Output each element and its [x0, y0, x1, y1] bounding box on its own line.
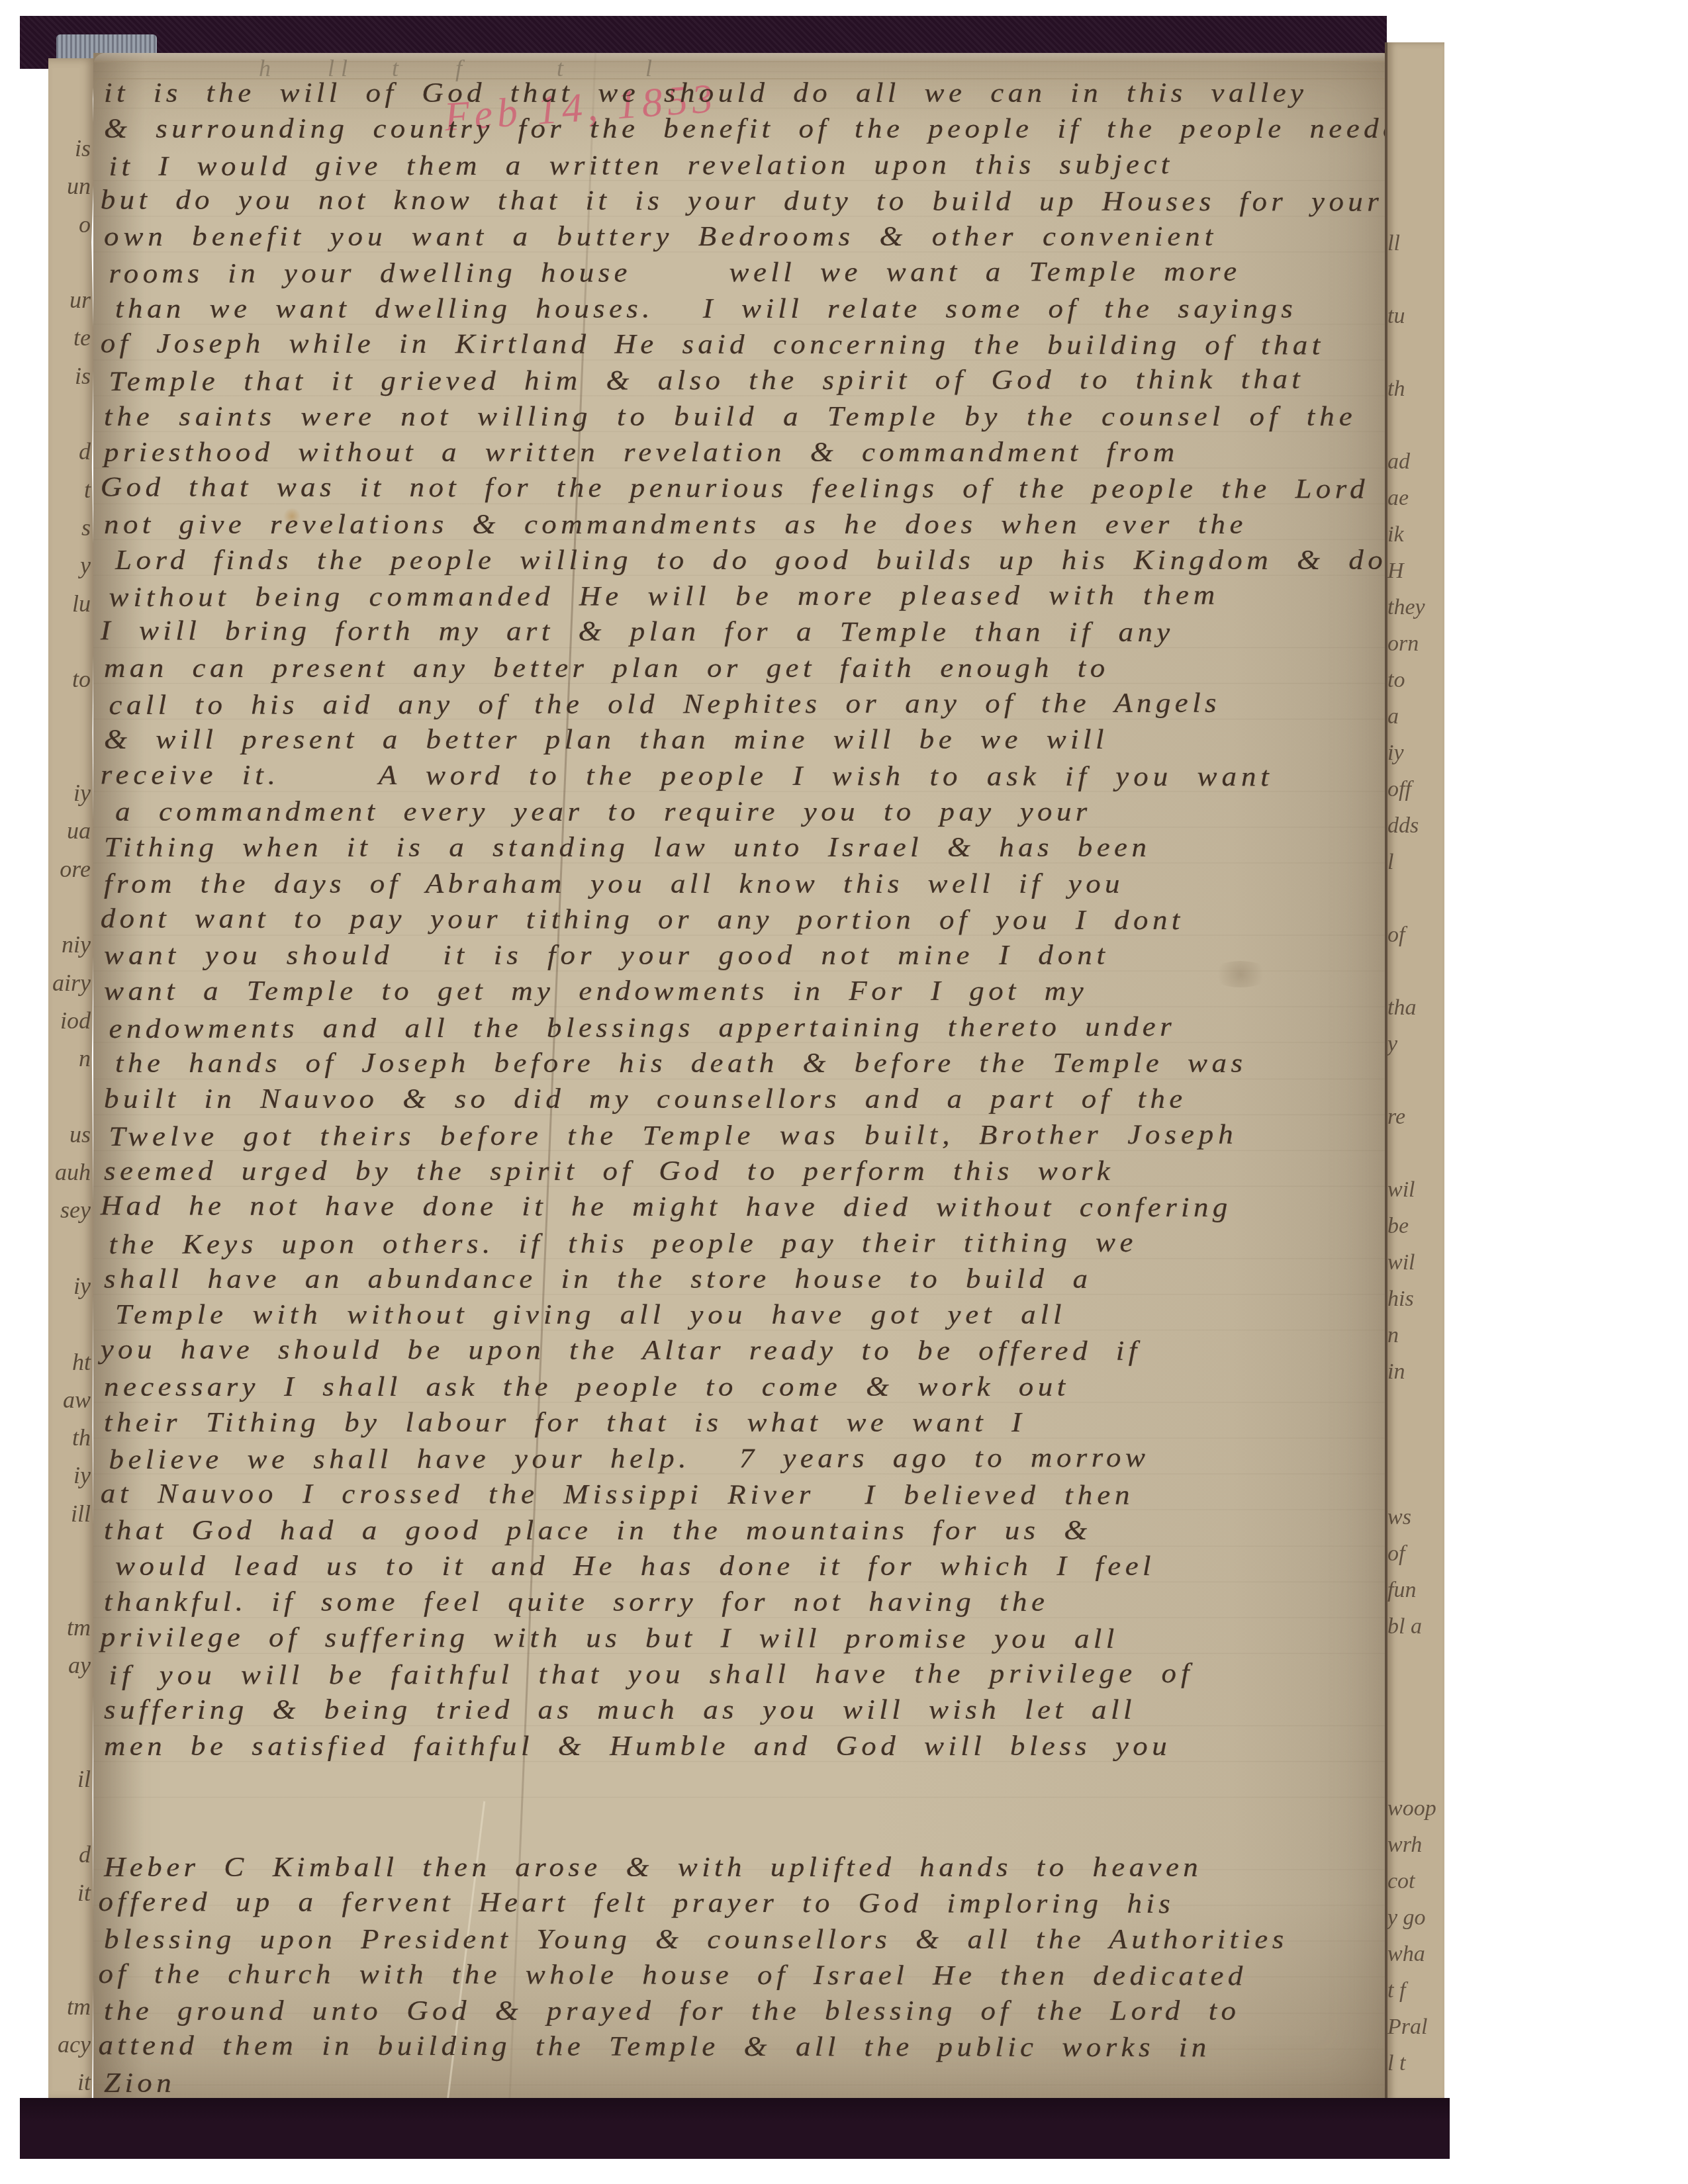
manuscript-line: Heber C Kimball then arose & with uplift… — [104, 1850, 1386, 1886]
facing-page-edge-left: isunourteisdtsylutoiyuaoreniyairyiodnusa… — [48, 58, 95, 2101]
edge-fragment — [1393, 1390, 1444, 1426]
manuscript-line: a commandment every year to require you … — [115, 794, 1386, 830]
edge-fragment: th — [48, 1419, 91, 1457]
edge-fragment: n — [1393, 1317, 1444, 1353]
book-scan-photo: isunourteisdtsylutoiyuaoreniyairyiodnusa… — [20, 16, 1444, 2160]
next-page-edge-right: lltuthadaeikHtheyorntoaiyoffddslofthayre… — [1385, 42, 1444, 2102]
edge-fragment: il — [48, 1760, 91, 1798]
edge-fragment: iy — [48, 1457, 91, 1494]
edge-fragment: un — [48, 167, 91, 205]
edge-fragment: wha — [1393, 1936, 1444, 1972]
manuscript-line: would lead us to it and He has done it f… — [115, 1549, 1386, 1584]
edge-fragment: re — [1393, 1099, 1444, 1135]
edge-fragment: tm — [48, 1609, 91, 1647]
edge-fragment: ws — [1393, 1499, 1444, 1535]
manuscript-line: man can present any better plan or get f… — [104, 651, 1386, 686]
edge-fragment: l t — [1393, 2045, 1444, 2081]
edge-fragment: ore — [48, 850, 91, 888]
manuscript-line: Temple with without giving all you have … — [115, 1297, 1386, 1333]
edge-fragment — [1393, 953, 1444, 989]
manuscript-line: Tithing when it is a standing law unto I… — [104, 830, 1386, 866]
edge-fragment — [48, 1798, 91, 1836]
manuscript-line: God that was it not for the penurious fe… — [101, 470, 1386, 508]
manuscript-line: believe we shall have your help. 7 years… — [109, 1439, 1386, 1478]
edge-fragment: o — [48, 206, 91, 244]
edge-fragment: sey — [48, 1191, 91, 1229]
edge-fragment: to — [1393, 662, 1444, 698]
edge-fragment — [48, 737, 91, 774]
edge-fragment: ht — [48, 1343, 91, 1381]
manuscript-line: not give revelations & commandments as h… — [104, 507, 1386, 543]
edge-fragment: wil — [1393, 1171, 1444, 1208]
edge-fragment: wrh — [1393, 1827, 1444, 1863]
manuscript-page: h ll t f t l Feb 14, 1853 it is the will… — [93, 53, 1386, 2102]
edge-fragment: fun — [1393, 1572, 1444, 1608]
manuscript-line: their Tithing by labour for that is what… — [104, 1405, 1386, 1441]
edge-fragment: iy — [48, 1267, 91, 1305]
edge-fragment: th — [1393, 371, 1444, 407]
edge-fragment: tha — [1393, 989, 1444, 1026]
edge-fragment: is — [48, 130, 91, 167]
edge-fragment — [48, 888, 91, 926]
edge-fragment — [1393, 880, 1444, 917]
manuscript-line: Had he not have done it he might have di… — [101, 1189, 1386, 1227]
manuscript-line: suffering & being tried as much as you w… — [104, 1692, 1386, 1728]
manuscript-line: rooms in your dwelling house well we wan… — [109, 253, 1386, 292]
edge-fragment — [1393, 407, 1444, 443]
manuscript-line: shall have an abundance in the store hou… — [104, 1261, 1386, 1297]
edge-fragment: aw — [48, 1381, 91, 1419]
manuscript-line: Lord finds the people willing to do good… — [115, 543, 1386, 578]
edge-fragment: ll — [1393, 225, 1444, 261]
edge-fragment — [48, 1305, 91, 1343]
manuscript-line: & surrounding country for the benefit of… — [104, 111, 1386, 147]
manuscript-line: but do you not know that it is your duty… — [101, 182, 1386, 220]
edge-fragment: ua — [48, 812, 91, 850]
edge-fragment — [1393, 1645, 1444, 1681]
edge-fragment: n — [48, 1040, 91, 1077]
manuscript-line: the saints were not willing to build a T… — [104, 399, 1386, 435]
manuscript-line: want a Temple to get my endowments in Fo… — [104, 974, 1386, 1009]
edge-fragment: Pral — [1393, 2009, 1444, 2045]
edge-fragment: acy — [48, 2026, 91, 2064]
manuscript-line: offered up a fervent Heart felt prayer t… — [98, 1884, 1386, 1923]
handwritten-closing-paragraph: Heber C Kimball then arose & with uplift… — [104, 1850, 1386, 2101]
edge-fragment: y — [48, 547, 91, 584]
edge-fragment: ad — [1393, 443, 1444, 480]
manuscript-line: thankful. if some feel quite sorry for n… — [104, 1584, 1386, 1620]
edge-fragment — [48, 1077, 91, 1115]
manuscript-line: necessary I shall ask the people to come… — [104, 1369, 1386, 1405]
edge-fragment: y — [1393, 1026, 1444, 1062]
manuscript-line: dont want to pay your tithing or any por… — [101, 901, 1386, 939]
edge-fragment: us — [48, 1116, 91, 1154]
edge-fragment — [1393, 1135, 1444, 1171]
edge-fragment — [1393, 1426, 1444, 1463]
right-edge-text-fragments: lltuthadaeikHtheyorntoaiyoffddslofthayre… — [1387, 42, 1444, 2081]
edge-fragment: dds — [1393, 807, 1444, 844]
edge-fragment — [48, 395, 91, 433]
edge-fragment — [1393, 1062, 1444, 1099]
left-edge-text-fragments: isunourteisdtsylutoiyuaoreniyairyiodnusa… — [48, 58, 95, 2101]
edge-fragment — [1393, 1717, 1444, 1754]
edge-fragment: d — [48, 433, 91, 471]
manuscript-line: that God had a good place in the mountai… — [104, 1513, 1386, 1549]
manuscript-line: endowments and all the blessings apperta… — [109, 1009, 1386, 1047]
manuscript-line: the ground unto God & prayed for the ble… — [104, 1993, 1386, 2029]
edge-fragment — [48, 1722, 91, 1760]
edge-fragment: ur — [48, 281, 91, 319]
edge-fragment: of — [1393, 1535, 1444, 1572]
edge-fragment — [1393, 152, 1444, 189]
book-binding-bottom — [20, 2098, 1450, 2159]
edge-fragment: ill — [48, 1495, 91, 1533]
handwritten-body-text: it is the will of God that we should do … — [104, 75, 1386, 1764]
manuscript-line: at Nauvoo I crossed the Missippi River I… — [101, 1476, 1386, 1514]
edge-fragment: t — [48, 471, 91, 509]
edge-fragment: auh — [48, 1154, 91, 1191]
edge-fragment — [48, 1230, 91, 1267]
edge-fragment: off — [1393, 771, 1444, 807]
edge-fragment: wil — [1393, 1244, 1444, 1281]
manuscript-line: of the church with the whole house of Is… — [98, 1956, 1386, 1995]
edge-fragment: tm — [48, 1988, 91, 2026]
manuscript-line: want you should it is for your good not … — [104, 938, 1386, 974]
edge-fragment: airy — [48, 964, 91, 1002]
edge-fragment — [1393, 116, 1444, 152]
scanned-document-page: isunourteisdtsylutoiyuaoreniyairyiodnusa… — [0, 0, 1688, 2184]
edge-fragment — [1393, 189, 1444, 225]
edge-fragment: tu — [1393, 298, 1444, 334]
manuscript-line: I will bring forth my art & plan for a T… — [101, 614, 1386, 652]
edge-fragment: cot — [1393, 1863, 1444, 1899]
manuscript-line: you have should be upon the Altar ready … — [101, 1332, 1386, 1371]
manuscript-line: if you will be faithful that you shall h… — [109, 1655, 1386, 1694]
manuscript-line: without being commanded He will be more … — [109, 577, 1386, 615]
edge-fragment: ay — [48, 1647, 91, 1684]
manuscript-line: built in Nauvoo & so did my counsellors … — [104, 1081, 1386, 1117]
edge-fragment — [48, 623, 91, 660]
manuscript-line: & will present a better plan than mine w… — [104, 722, 1386, 758]
edge-fragment: a — [1393, 698, 1444, 735]
edge-fragment: iod — [48, 1002, 91, 1040]
edge-fragment: is — [48, 357, 91, 395]
manuscript-line: own benefit you want a buttery Bedrooms … — [104, 219, 1386, 255]
manuscript-line: it is the will of God that we should do … — [104, 75, 1386, 111]
edge-fragment: iy — [1393, 735, 1444, 771]
manuscript-line: priesthood without a written revelation … — [104, 435, 1386, 471]
manuscript-line: attend them in building the Temple & all… — [98, 2028, 1386, 2066]
edge-fragment: of — [1393, 917, 1444, 953]
edge-fragment: in — [1393, 1353, 1444, 1390]
edge-fragment — [48, 1684, 91, 1722]
manuscript-line: Zion — [104, 2066, 1386, 2101]
manuscript-line: privilege of suffering with us but I wil… — [101, 1619, 1386, 1658]
edge-fragment: ae — [1393, 480, 1444, 516]
edge-fragment: t f — [1393, 1972, 1444, 2009]
manuscript-line: blessing upon President Young & counsell… — [104, 1922, 1386, 1958]
edge-fragment: his — [1393, 1281, 1444, 1317]
edge-fragment: to — [48, 660, 91, 698]
manuscript-line: the Keys upon others. if this people pay… — [109, 1224, 1386, 1262]
edge-fragment — [48, 1950, 91, 1987]
manuscript-line: call to his aid any of the old Nephites … — [109, 685, 1386, 723]
edge-fragment: they — [1393, 589, 1444, 625]
manuscript-line: than we want dwelling houses. I will rel… — [115, 291, 1386, 327]
edge-fragment: it — [48, 1874, 91, 1912]
manuscript-line: it I would give them a written revelatio… — [109, 146, 1386, 185]
edge-fragment: lu — [48, 585, 91, 623]
edge-fragment — [1393, 261, 1444, 298]
edge-fragment — [1393, 334, 1444, 371]
edge-fragment: s — [48, 509, 91, 547]
manuscript-line: from the days of Abraham you all know th… — [104, 866, 1386, 902]
manuscript-line: Twelve got theirs before the Temple was … — [109, 1116, 1386, 1155]
edge-fragment — [1393, 1754, 1444, 1790]
manuscript-line: seemed urged by the spirit of God to per… — [104, 1154, 1386, 1189]
edge-fragment: bl a — [1393, 1608, 1444, 1645]
edge-fragment — [1393, 79, 1444, 116]
edge-fragment — [48, 244, 91, 281]
manuscript-line: men be satisfied faithful & Humble and G… — [104, 1729, 1386, 1764]
edge-fragment: y go — [1393, 1899, 1444, 1936]
edge-fragment: l — [1393, 844, 1444, 880]
edge-fragment: H — [1393, 553, 1444, 589]
edge-fragment — [48, 1912, 91, 1950]
edge-fragment: be — [1393, 1208, 1444, 1244]
edge-fragment: d — [48, 1836, 91, 1874]
edge-fragment: ik — [1393, 516, 1444, 553]
manuscript-line: Temple that it grieved him & also the sp… — [109, 361, 1386, 400]
edge-fragment: te — [48, 319, 91, 357]
edge-fragment: iy — [48, 774, 91, 812]
edge-fragment — [48, 1533, 91, 1570]
edge-fragment: niy — [48, 926, 91, 964]
edge-fragment: orn — [1393, 625, 1444, 662]
edge-fragment — [1393, 1681, 1444, 1717]
manuscript-line: the hands of Joseph before his death & b… — [115, 1046, 1386, 1081]
edge-fragment: woop — [1393, 1790, 1444, 1827]
edge-fragment: it — [48, 2064, 91, 2101]
manuscript-line: receive it. A word to the people I wish … — [101, 757, 1386, 796]
edge-fragment — [48, 1570, 91, 1608]
edge-fragment — [48, 698, 91, 736]
manuscript-line: of Joseph while in Kirtland He said conc… — [101, 326, 1386, 364]
edge-fragment — [1393, 1463, 1444, 1499]
